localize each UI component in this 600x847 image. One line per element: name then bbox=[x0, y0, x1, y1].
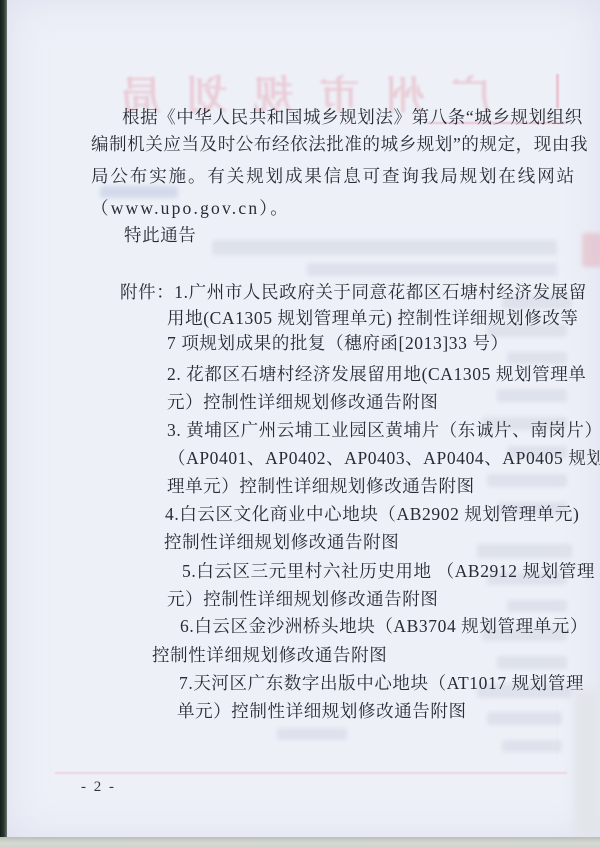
bleedthrough-red-stroke bbox=[556, 74, 559, 108]
attachment-list-line: 7.天河区广东数字出版中心地块（AT1017 规划管理 bbox=[179, 670, 584, 695]
attachment-list-line: 2. 花都区石塘村经济发展留用地(CA1305 规划管理单 bbox=[167, 361, 586, 386]
attachment-list-line: 附件：1.广州市人民政府关于同意花都区石塘村经济发展留 bbox=[120, 279, 587, 304]
bleedthrough-smudge bbox=[497, 656, 567, 669]
page-edge-shadow bbox=[574, 690, 600, 838]
attachment-list-line: 元）控制性详细规划修改通告附图 bbox=[167, 389, 439, 414]
scanner-bed: 广州市规划局 根据《中华人民共和国城乡规划法》第八条“城乡规划组织 编制机关应当… bbox=[0, 0, 600, 847]
bleedthrough-red-rule-bottom bbox=[55, 772, 567, 774]
bleedthrough-smudge bbox=[497, 389, 567, 402]
scanned-document-screenshot: { "document": { "lines": [ "根据《中华人民共和国城乡… bbox=[0, 0, 600, 847]
bleedthrough-smudge bbox=[487, 474, 567, 487]
bleedthrough-smudge bbox=[582, 233, 600, 267]
bleedthrough-smudge bbox=[487, 712, 562, 725]
body-paragraph-line: 根据《中华人民共和国城乡规划法》第八条“城乡规划组织 bbox=[122, 104, 583, 129]
body-paragraph-line: 编制机关应当及时公布经依法批准的城乡规划”的规定，现由我 bbox=[91, 131, 588, 156]
attachment-list-line: 6.白云区金沙洲桥头地块（AB3704 规划管理单元） bbox=[180, 613, 588, 638]
notice-closing-line: 特此通告 bbox=[124, 222, 196, 247]
bleedthrough-smudge bbox=[212, 240, 557, 255]
attachment-list-line: 4.白云区文化商业中心地块（AB2902 规划管理单元) bbox=[165, 501, 579, 526]
scanner-edge-left bbox=[0, 0, 7, 847]
bleedthrough-smudge bbox=[507, 600, 567, 612]
attachment-list-line: 单元）控制性详细规划修改通告附图 bbox=[177, 698, 467, 723]
attachment-list-line: （AP0401、AP0402、AP0403、AP0404、AP0405 规划管 bbox=[168, 445, 600, 470]
attachment-list-line: 元）控制性详细规划修改通告附图 bbox=[167, 586, 439, 611]
bleedthrough-smudge bbox=[277, 728, 347, 740]
scanner-edge-bottom bbox=[0, 837, 600, 847]
document-page: 广州市规划局 根据《中华人民共和国城乡规划法》第八条“城乡规划组织 编制机关应当… bbox=[7, 0, 600, 838]
bleedthrough-smudge bbox=[307, 263, 557, 276]
bleedthrough-smudge bbox=[502, 740, 562, 752]
attachment-list-line: 用地(CA1305 规划管理单元) 控制性详细规划修改等 bbox=[167, 305, 579, 330]
attachment-list-line: 7 项规划成果的批复（穗府函[2013]33 号） bbox=[167, 330, 509, 355]
attachment-list-line: 5.白云区三元里村六社历史用地 （AB2912 规划管理 bbox=[182, 558, 595, 583]
bleedthrough-smudge bbox=[477, 544, 572, 558]
body-paragraph-line: 局公布实施。有关规划成果信息可查询我局规划在线网站 bbox=[91, 163, 576, 188]
attachment-list-line: 控制性详细规划修改通告附图 bbox=[152, 642, 387, 667]
attachment-list-line: 3. 黄埔区广州云埔工业园区黄埔片（东诚片、南岗片） bbox=[167, 417, 600, 442]
attachment-list-line: 理单元）控制性详细规划修改通告附图 bbox=[167, 473, 475, 498]
attachment-list-line: 控制性详细规划修改通告附图 bbox=[164, 529, 399, 554]
page-number: - 2 - bbox=[81, 779, 116, 796]
website-url-line: （www.upo.gov.cn）。 bbox=[91, 195, 290, 220]
